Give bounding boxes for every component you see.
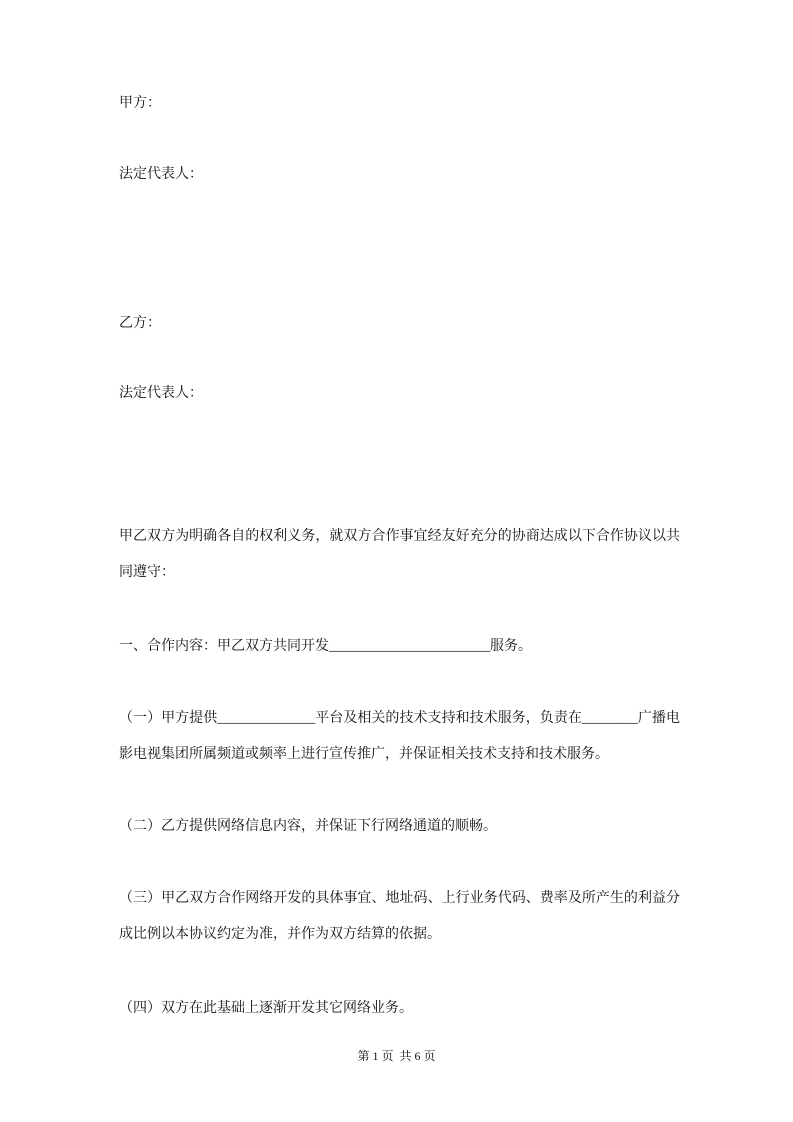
preamble-paragraph: 甲乙双方为明确各自的权利义务，就双方合作事宜经友好充分的协商达成以下合作协议以共… bbox=[119, 519, 680, 591]
clause-1-item-2: （二）乙方提供网络信息内容，并保证下行网络通道的顺畅。 bbox=[119, 809, 680, 845]
party-b-legal-representative-label: 法定代表人： bbox=[119, 376, 680, 412]
clause-1-item-4: （四）双方在此基础上逐渐开发其它网络业务。 bbox=[119, 991, 680, 1027]
party-a-legal-representative-label: 法定代表人： bbox=[119, 157, 680, 193]
party-b-label: 乙方： bbox=[119, 306, 680, 342]
party-a-label: 甲方： bbox=[119, 86, 680, 122]
clause-1-cooperation-content: 一、合作内容：甲乙双方共同开发_______________________服务… bbox=[119, 629, 680, 665]
contract-document-page: 甲方： 法定代表人： 乙方： 法定代表人： 甲乙双方为明确各自的权利义务，就双方… bbox=[0, 0, 793, 1122]
clause-1-item-3: （三）甲乙双方合作网络开发的具体事宜、地址码、上行业务代码、费率及所产生的利益分… bbox=[119, 881, 680, 953]
page-number-indicator: 第 1 页 共 6 页 bbox=[0, 1048, 793, 1064]
clause-1-item-1: （一）甲方提供______________平台及相关的技术支持和技术服务，负责在… bbox=[119, 701, 680, 773]
